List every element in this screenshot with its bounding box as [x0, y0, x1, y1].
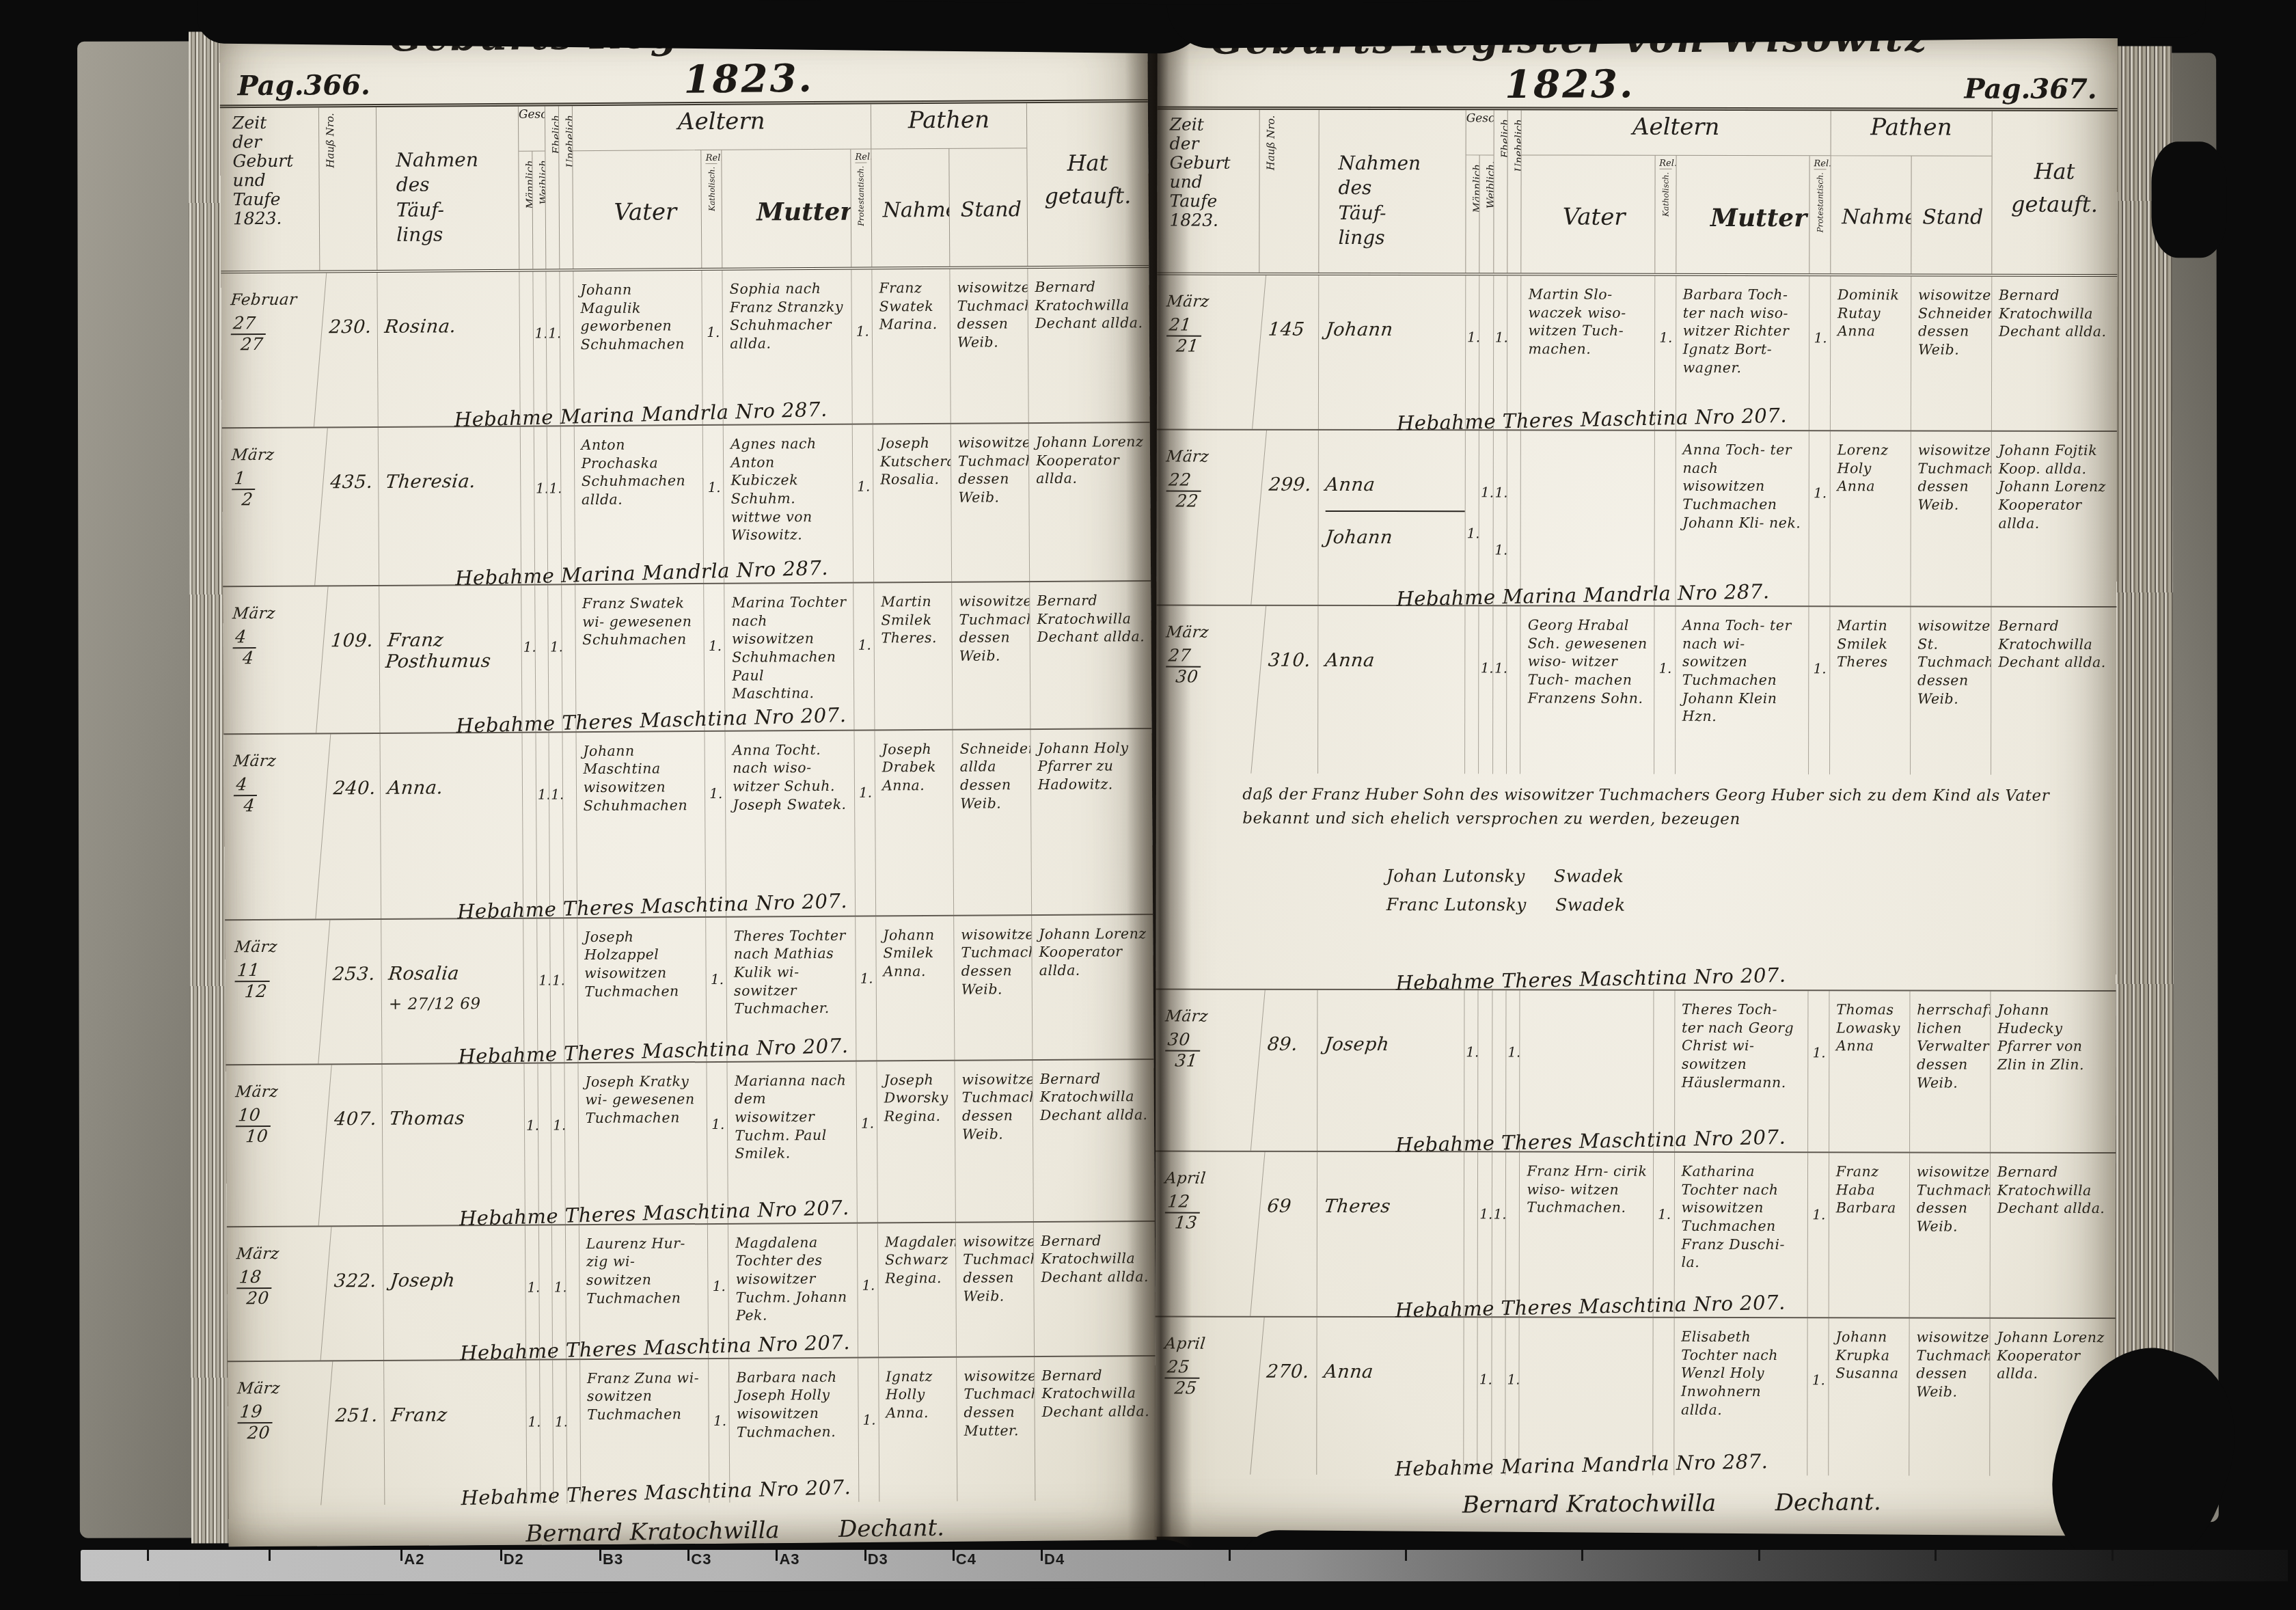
entry-date: März 18 20 — [227, 1227, 326, 1361]
mother-religion-mark: 1. — [1810, 660, 1829, 677]
register-row: März 10 10 407. Thomas 1. 1. — [225, 1059, 1154, 1226]
protestant-vertical-label: Protestantisch. — [856, 163, 867, 229]
female-mark: 1. — [1479, 1371, 1491, 1387]
illegitimate-mark: 1. — [1507, 1043, 1519, 1060]
film-strip-tick — [1405, 1550, 1407, 1561]
col-header-father-religion: Rel. Katholisch. — [701, 150, 722, 268]
entry-child-name: Theres — [1317, 1152, 1464, 1316]
entry-month: März — [1164, 1008, 1253, 1026]
birth-day: 12 — [1165, 1192, 1202, 1214]
child-name: Anna. — [387, 777, 518, 799]
col-header-godparent-names: Nahmen — [1830, 156, 1911, 273]
mother-religion-mark: 1. — [860, 1411, 879, 1428]
father-religion-mark: 1. — [709, 1116, 727, 1132]
twin-divider — [1326, 510, 1465, 513]
film-strip-tick: D2 — [500, 1550, 502, 1561]
register-rows: März 21 21 145 Johann 1. 1. — [1155, 275, 2117, 1476]
legitimate-vertical-label: Ehelich. — [1498, 113, 1507, 161]
legitimate-mark-cell: 1. — [547, 426, 561, 584]
birth-day: 10 — [236, 1105, 273, 1127]
register-page-right: Geburts Register von Wisowitz 1823. Pag.… — [1155, 37, 2118, 1538]
film-strip-label: A2 — [404, 1551, 424, 1568]
legitimate-mark: 1. — [549, 480, 561, 496]
entry-father: Johann Maschtina wisowitzen Schuhmachen — [575, 732, 705, 917]
illegitimate-vertical-label: Unehelich. — [1512, 113, 1522, 174]
gender-mark-male: 1. — [1464, 990, 1478, 1151]
film-strip-tick — [269, 1550, 271, 1561]
entry-day-fraction: 18 20 — [234, 1267, 273, 1308]
gender-mark-female: 1. — [1478, 606, 1492, 774]
gender-mark-female — [539, 1360, 553, 1503]
mother-religion-cell: 1. — [1808, 607, 1829, 774]
entry-date: März 1 2 — [222, 428, 321, 586]
gender-mark-female: 1. — [532, 271, 547, 425]
protestant-vertical-label: Protestantisch. — [1814, 169, 1825, 235]
father-religion-cell: 1. — [705, 732, 726, 916]
legitimate-mark-cell: 1. — [1493, 275, 1507, 429]
register-row: April 25 25 270. Anna 1. 1. — [1155, 1316, 2115, 1476]
entry-day-fraction: 4 4 — [232, 774, 259, 815]
film-strip-label: C4 — [956, 1551, 976, 1568]
entry-month: März — [1165, 448, 1254, 466]
male-vertical-label: Männlich. — [523, 154, 532, 212]
male-mark: 1. — [1467, 329, 1479, 345]
male-mark: 1. — [527, 1279, 538, 1295]
entry-day-fraction: 22 22 — [1164, 470, 1203, 511]
entry-day-fraction: 4 4 — [231, 627, 258, 668]
open-register-book: Pag.366. Geburts Register von Wisowitz 1… — [74, 25, 2222, 1553]
mother-religion-mark: 1. — [859, 1277, 877, 1293]
entry-house-number: 109. — [316, 586, 385, 733]
female-mark: 1. — [534, 325, 546, 341]
gender-mark-female: 1. — [535, 733, 549, 917]
entry-month: März — [232, 604, 317, 623]
house-number-vertical-label: Hauß Nro. — [1263, 113, 1277, 173]
gender-mark-female — [1477, 990, 1492, 1151]
illegitimate-mark-cell — [560, 426, 575, 584]
legitimate-mark-cell: 1. — [549, 733, 563, 917]
baptism-day: 4 — [231, 648, 256, 668]
legitimate-mark: 1. — [554, 1279, 566, 1295]
col-header-female: Weiblich. — [532, 151, 546, 269]
female-mark: 1. — [1481, 659, 1492, 676]
male-mark: 1. — [528, 1413, 539, 1430]
illegitimate-vertical-label: Unehelich. — [563, 109, 573, 170]
gender-mark-male — [520, 427, 534, 584]
entry-month: März — [232, 752, 318, 770]
entry-house-number: 270. — [1250, 1318, 1324, 1475]
legitimate-mark-cell: 1. — [549, 918, 564, 1062]
female-vertical-label: Weiblich. — [1484, 158, 1494, 211]
col-header-mother-religion: Rel. Protestantisch. — [850, 150, 871, 267]
legitimate-mark: 1. — [548, 325, 560, 341]
birth-day: 25 — [1164, 1357, 1201, 1379]
entry-month: März — [234, 1082, 320, 1101]
twin-child-name: Johann — [1324, 527, 1460, 548]
legitimate-mark-cell — [1492, 990, 1506, 1151]
entry-day-fraction: 12 13 — [1163, 1192, 1202, 1233]
register-row: März 18 20 322. Joseph 1. 1. — [227, 1220, 1156, 1361]
birth-day: 18 — [236, 1267, 273, 1289]
entry-house-number: 253. — [318, 920, 387, 1064]
father-religion-mark: 1. — [710, 1278, 728, 1294]
gender-mark-female — [1479, 275, 1493, 429]
child-name: Theresia. — [385, 471, 516, 493]
film-strip-tick: B3 — [599, 1550, 601, 1561]
entry-date: März 22 22 — [1156, 431, 1258, 605]
film-strip-tick — [1935, 1550, 1937, 1561]
register-page-left: Pag.366. Geburts Register von Wisowitz 1… — [219, 29, 1156, 1546]
entry-father: Franz Hrn- cirik wiso- witzen Tuchmachen… — [1519, 1152, 1653, 1316]
entry-father — [1519, 1318, 1653, 1475]
col-header-parents: Aeltern — [1521, 110, 1830, 156]
entry-date: März 30 31 — [1156, 990, 1257, 1151]
birth-day: 21 — [1166, 315, 1203, 337]
entry-mother: Anna Tocht. nach wiso- witzer Schuh. Jos… — [725, 731, 855, 916]
godparent-names: Martin Smilek Theres — [1829, 607, 1910, 774]
father-religion-mark: 1. — [708, 971, 726, 987]
col-header-baptizer: Hat getauft. — [1026, 103, 1149, 266]
godparent-status: wisowitzen St. Tuchmachen dessen Weib. — [1910, 607, 1991, 774]
catholic-vertical-label: Katholisch. — [706, 164, 717, 214]
legitimate-mark: 1. — [1494, 1205, 1505, 1222]
birth-day: 22 — [1166, 470, 1203, 492]
legitimate-mark: 1. — [555, 1413, 566, 1430]
entry-day-fraction: 27 27 — [229, 313, 268, 354]
gender-mark-male: 1. — [521, 586, 535, 732]
female-mark: 1. — [538, 972, 550, 988]
register-row: März 19 20 251. Franz 1. 1. — [228, 1355, 1156, 1505]
entry-day-fraction: 11 12 — [233, 960, 272, 1001]
birth-day: 4 — [233, 627, 259, 649]
col-header-illegitimate: Unehelich. — [558, 106, 573, 269]
entry-date: März 21 21 — [1157, 275, 1259, 429]
film-strip-tick — [1581, 1550, 1583, 1561]
catholic-vertical-label: Katholisch. — [1660, 169, 1671, 219]
legitimate-vertical-label: Ehelich. — [549, 109, 559, 156]
child-name: Johann — [1325, 319, 1461, 340]
entry-day-fraction: 10 10 — [234, 1105, 273, 1146]
film-strip-tick — [1758, 1550, 1760, 1561]
father-religion-cell: 1. — [1654, 607, 1675, 774]
register-row: März 27 30 310. Anna 1. 1. — [1156, 605, 2116, 990]
father-religion-cell — [1654, 431, 1675, 605]
baptism-day: 13 — [1163, 1213, 1200, 1233]
entry-date: März 4 4 — [224, 734, 324, 919]
illegitimate-mark: 1. — [1507, 1371, 1519, 1387]
legitimate-mark-cell: 1. — [1491, 1152, 1505, 1316]
entry-child-name: Franz — [383, 1360, 526, 1504]
legitimate-mark-cell: 1. — [547, 585, 562, 731]
film-strip-label: A3 — [779, 1551, 799, 1568]
child-name: Thomas — [389, 1108, 520, 1130]
register-row: März 4 4 240. Anna. 1. 1. — [223, 728, 1153, 919]
baptism-day: 2 — [230, 489, 255, 509]
child-name: Franz — [390, 1404, 521, 1426]
col-header-mother: Mutter — [1676, 156, 1809, 273]
film-strip-label: D2 — [504, 1551, 524, 1568]
illegitimate-mark-cell — [561, 585, 575, 731]
film-strip-label: C3 — [691, 1551, 711, 1568]
entry-child-name: Rosalia + 27/12 69 — [381, 918, 523, 1063]
film-strip-tick — [1229, 1550, 1231, 1561]
child-name: Joseph — [1324, 1034, 1460, 1055]
entry-date: April 12 13 — [1156, 1152, 1257, 1316]
father-religion-mark: 1. — [706, 638, 724, 654]
entry-house-number: 435. — [314, 428, 385, 586]
col-header-godparent-status: Stand — [948, 148, 1027, 267]
baptism-day: 21 — [1164, 336, 1201, 356]
entry-day-fraction: 19 20 — [236, 1402, 275, 1443]
entry-house-number: 230. — [314, 273, 383, 427]
mother-religion-mark: 1. — [856, 784, 875, 800]
illegitimate-mark-cell — [1506, 606, 1520, 774]
father-religion-mark: 1. — [1655, 1206, 1674, 1223]
female-vertical-label: Weiblich. — [536, 154, 546, 207]
col-header-godparent-status: Stand — [1911, 156, 1991, 273]
col-header-baptizer: Hat getauft. — [1991, 111, 2117, 274]
film-strip-tick: A3 — [776, 1550, 778, 1561]
legitimate-mark-twin: 1. — [1494, 541, 1506, 558]
entry-child-name: Theresia. — [378, 427, 521, 585]
col-header-father: Vater — [572, 150, 702, 269]
register-row: März 11 12 253. Rosalia + 27/12 69 1. 1. — [225, 914, 1153, 1064]
baptism-day: 30 — [1164, 667, 1201, 687]
illegitimate-mark-cell: 1. — [1505, 1318, 1519, 1475]
illegitimate-mark-cell — [1505, 1152, 1520, 1316]
illegitimate-mark-cell: 1. — [1505, 990, 1520, 1151]
entry-house-number: 299. — [1250, 431, 1326, 605]
col-header-male: Männlich. — [1465, 155, 1479, 273]
entry-day-fraction: 30 31 — [1163, 1030, 1202, 1071]
entry-house-number: 89. — [1250, 990, 1324, 1151]
gender-mark-male — [521, 733, 536, 917]
father-religion-mark: 1. — [707, 785, 725, 802]
mother-religion-mark: 1. — [858, 1115, 877, 1131]
entry-father — [1519, 990, 1653, 1151]
col-header-child-name: Nahmen des Täuf- lings — [376, 107, 519, 270]
entry-date: April 25 25 — [1155, 1318, 1257, 1475]
mother-religion-mark: 1. — [1809, 1044, 1829, 1061]
entry-child-name: Joseph — [1317, 990, 1464, 1151]
film-strip-label: D3 — [868, 1551, 888, 1568]
birth-day: 27 — [231, 313, 268, 335]
col-header-house-number: Hauß Nro. — [1259, 110, 1319, 273]
entry-child-name: Anna — [1316, 1318, 1463, 1475]
col-header-child-name: Nahmen des Täuf- lings — [1318, 110, 1465, 273]
entry-month: März — [236, 1379, 322, 1397]
entry-date: März 19 20 — [228, 1361, 327, 1505]
scan-dark-notch — [2151, 141, 2226, 258]
entry-month: März — [231, 446, 316, 464]
gender-mark-male — [1464, 1152, 1478, 1316]
death-note: + 27/12 69 — [389, 995, 518, 1013]
birth-day: 4 — [234, 774, 260, 796]
col-header-date: Zeit der Geburt und Taufe 1823. — [220, 107, 319, 271]
col-header-godparents: Pathen — [1830, 111, 1991, 156]
legitimate-mark: 1. — [1494, 484, 1506, 500]
col-header-sex: Gesch. — [1466, 110, 1494, 155]
entry-child-name: Anna — [1317, 606, 1464, 774]
page-title-bar: Geburts Register von Wisowitz 1823. Pag.… — [1158, 37, 2118, 111]
entry-house-number: 322. — [320, 1227, 389, 1361]
child-name: Anna — [1324, 474, 1460, 495]
male-mark: 1. — [526, 1117, 538, 1133]
illegitimate-mark-cell — [559, 271, 573, 425]
legitimate-mark-cell: 1. — [1492, 606, 1507, 774]
entry-child-name: Anna. — [380, 733, 523, 918]
house-number-vertical-label: Hauß Nro. — [323, 110, 338, 170]
register-row: Februar 27 27 230. Rosina. 1. 1. — [221, 268, 1149, 427]
gender-mark-female: 1. — [1477, 1152, 1492, 1316]
film-strip-tick — [2111, 1550, 2114, 1561]
entry-date: März 11 12 — [225, 920, 324, 1064]
father-religion-mark: 1. — [1656, 329, 1676, 346]
gender-mark-male: 1. — [1465, 275, 1479, 429]
film-strip-tick: C4 — [953, 1550, 955, 1561]
register-row: März 1 2 435. Theresia. 1. 1. — [222, 422, 1151, 586]
entry-day-fraction: 1 2 — [230, 468, 257, 509]
entry-child-name: Joseph — [383, 1225, 525, 1359]
col-header-legitimate: Ehelich. — [545, 106, 559, 269]
gender-mark-female — [534, 585, 549, 731]
mother-religion-mark: 1. — [1809, 1372, 1828, 1388]
entry-month: April — [1164, 1170, 1253, 1188]
mother-religion-mark: 1. — [1811, 329, 1830, 346]
page-number: Pag.366. — [238, 69, 371, 105]
gender-mark-male — [519, 272, 533, 426]
child-name: Joseph — [389, 1270, 521, 1292]
religion-caption: Rel. — [1659, 159, 1671, 169]
entry-month: Februar — [230, 290, 315, 309]
legitimate-mark: 1. — [1495, 329, 1507, 345]
gender-mark-male: 1. — [525, 1360, 540, 1503]
baptism-day: 10 — [234, 1126, 271, 1146]
baptism-day: 12 — [233, 981, 270, 1001]
male-mark: 1. — [523, 639, 535, 655]
entry-house-number: 145 — [1252, 275, 1325, 429]
legitimate-mark: 1. — [550, 638, 562, 655]
entry-month: März — [236, 1244, 321, 1263]
mother-religion-mark: 1. — [1811, 485, 1830, 501]
mother-religion-mark: 1. — [856, 637, 874, 653]
film-strip-label: B3 — [603, 1551, 623, 1568]
legitimate-mark-cell: 1. — [551, 1063, 565, 1224]
entry-child-name: Thomas — [382, 1063, 525, 1225]
entry-date: März 4 4 — [223, 586, 322, 733]
film-strip-tick: A2 — [400, 1550, 402, 1561]
entry-father: Joseph Kratky wi- gewesenen Tuchmachen — [577, 1063, 707, 1224]
register-row: März 22 22 299. Anna Johann 1. 1. 1. 1. — [1156, 429, 2116, 606]
baptizer: Bernard Kratochwilla Dechant allda. — [1991, 608, 2116, 776]
legitimate-mark: 1. — [552, 972, 564, 988]
illegitimate-mark-cell — [564, 1063, 578, 1224]
illegitimate-mark-cell — [562, 733, 576, 917]
col-header-godparents: Pathen — [871, 103, 1027, 149]
illegitimate-mark-cell — [1507, 431, 1521, 605]
child-name: Rosina. — [383, 316, 515, 338]
microfilm-scan-background: { "titles": { "register_title": "Geburts… — [0, 0, 2296, 1610]
table-header: Zeit der Geburt und Taufe 1823. Hauß Nro… — [1157, 110, 2117, 277]
entry-child-name: Johann — [1318, 275, 1465, 429]
film-strip-tick — [147, 1550, 149, 1561]
religion-caption: Rel. — [1814, 159, 1826, 169]
male-mark: 1. — [1466, 1043, 1477, 1060]
birth-day: 11 — [235, 960, 272, 982]
legitimate-mark: 1. — [551, 786, 562, 802]
child-name: Anna — [1323, 1361, 1459, 1382]
entry-date: März 27 30 — [1156, 606, 1258, 774]
father-religion-mark: 1. — [704, 324, 722, 340]
entry-month: März — [1166, 293, 1255, 311]
col-header-father-religion: Rel. Katholisch. — [1654, 156, 1676, 273]
mother-religion-mark: 1. — [858, 970, 876, 986]
gender-mark-male — [1464, 606, 1479, 774]
gender-mark-female: 1. — [1477, 1318, 1492, 1475]
female-mark: 1. — [536, 480, 547, 496]
baptism-day: 31 — [1163, 1051, 1200, 1071]
col-header-legitimate: Ehelich. — [1493, 110, 1507, 273]
marginal-annotation: daß der Franz Huber Sohn des wisowitzer … — [1156, 774, 2116, 858]
baptism-day: 27 — [229, 334, 266, 354]
child-name: Franz Posthumus — [385, 629, 518, 672]
illegitimate-mark-cell — [566, 1360, 580, 1503]
father-religion-mark: 1. — [1656, 660, 1675, 677]
female-mark: 1. — [1481, 484, 1492, 500]
col-header-female: Weiblich. — [1479, 155, 1494, 273]
legitimate-mark-cell: 1. 1. — [1492, 431, 1507, 605]
page-footer-signature: Bernard Kratochwilla Dechant. — [1155, 1472, 2115, 1521]
baptism-day: 25 — [1162, 1378, 1199, 1398]
entry-mother: Anna Toch- ter nach wi- sowitzen Tuchmac… — [1675, 607, 1809, 775]
legitimate-mark: 1. — [553, 1117, 564, 1133]
entry-child-name: Franz Posthumus — [379, 586, 521, 733]
gender-mark-male — [523, 918, 537, 1062]
child-name: Rosalia — [387, 963, 519, 985]
child-name: Theres — [1323, 1196, 1459, 1217]
illegitimate-mark-cell — [563, 918, 577, 1062]
col-header-house-number: Hauß Nro. — [318, 107, 377, 271]
film-strip-label: D4 — [1044, 1551, 1065, 1568]
film-strip-tick: C3 — [687, 1550, 689, 1561]
gender-mark-female — [537, 1063, 551, 1224]
register-row: März 21 21 145 Johann 1. 1. — [1157, 275, 2117, 431]
entry-month: März — [234, 938, 319, 956]
entry-day-fraction: 27 30 — [1164, 646, 1203, 687]
gender-mark-female: 1. — [536, 918, 551, 1062]
col-header-male: Männlich. — [518, 152, 532, 269]
mother-religion-mark: 1. — [1809, 1206, 1829, 1223]
entry-day-fraction: 21 21 — [1164, 315, 1203, 356]
gender-mark-male: 1. — [523, 1063, 538, 1224]
religion-caption: Rel. — [706, 153, 717, 164]
birth-day: 1 — [232, 468, 258, 490]
film-strip-tick: D3 — [864, 1550, 866, 1561]
baptism-day: 22 — [1164, 491, 1201, 511]
entry-date: März 10 10 — [225, 1065, 325, 1226]
film-strip-tick: D4 — [1041, 1550, 1043, 1561]
col-header-father: Vater — [1521, 155, 1655, 273]
legitimate-mark-cell: 1. — [552, 1360, 566, 1503]
male-mark-twin: 1. — [1467, 525, 1479, 541]
mother-religion-mark: 1. — [853, 323, 872, 340]
col-header-date: Zeit der Geburt und Taufe 1823. — [1157, 110, 1259, 273]
col-header-mother-religion: Rel. Protestantisch. — [1809, 156, 1830, 273]
col-header-illegitimate: Unehelich. — [1507, 110, 1521, 273]
illegitimate-mark-cell — [1507, 275, 1521, 429]
entry-child-name: Anna Johann — [1317, 431, 1464, 605]
legitimate-mark: 1. — [1494, 659, 1506, 676]
